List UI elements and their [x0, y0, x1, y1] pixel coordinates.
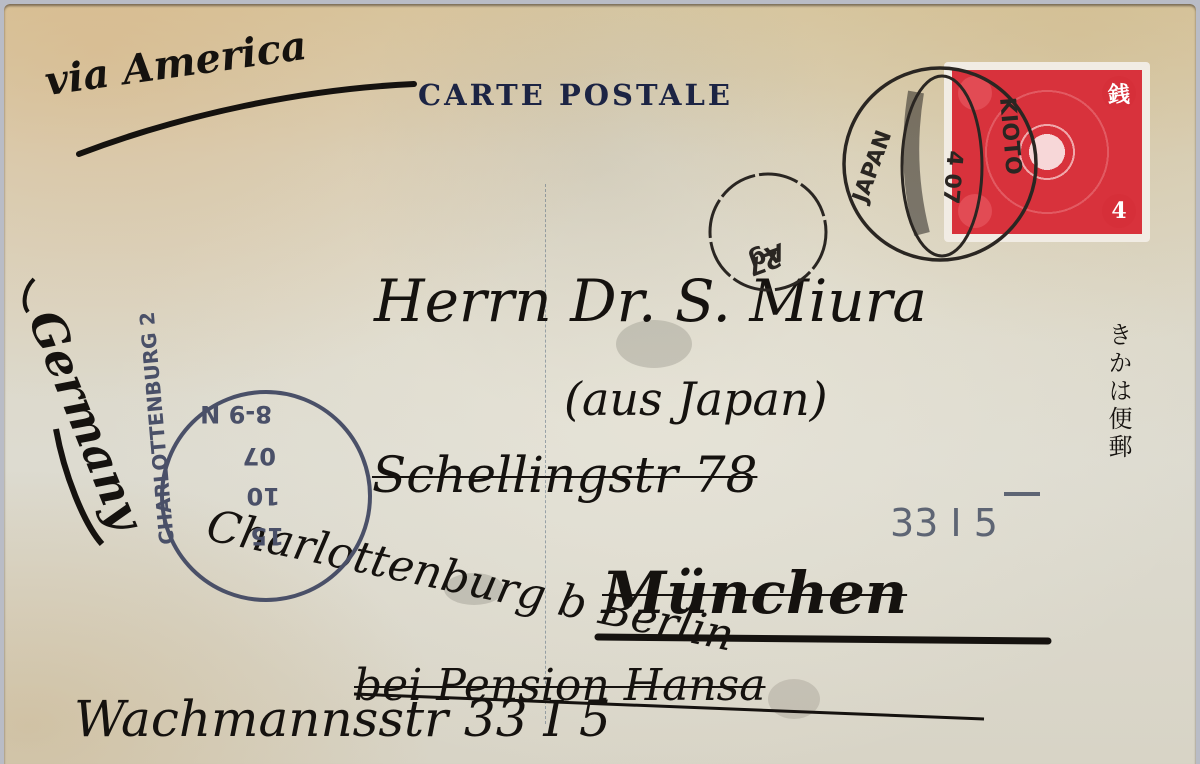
routing-underline	[79, 84, 414, 154]
charlottenburg-postmark: 8-9 N 07 10 15 CHARLOTTENBURG 2	[135, 311, 370, 600]
margin-stroke	[56, 429, 102, 544]
svg-text:07: 07	[243, 442, 276, 470]
arrival-postmark: Ag 27	[710, 174, 826, 290]
svg-text:10: 10	[247, 482, 280, 510]
ink-smudge	[768, 679, 820, 719]
svg-text:15: 15	[251, 522, 284, 550]
ink-smudge	[444, 573, 504, 605]
svg-text:8-9 N: 8-9 N	[200, 400, 272, 428]
old-city-underline	[598, 637, 1048, 641]
lodging-strikethrough	[354, 694, 984, 719]
ink-smudge	[616, 320, 692, 368]
margin-stroke	[25, 279, 34, 312]
kyoto-postmark-city: KIOTO	[994, 96, 1026, 176]
kyoto-postmark-country: JAPAN	[847, 127, 897, 208]
postcard: CARTE POSTALE via America Germany Herrn …	[4, 4, 1196, 764]
svg-text:CHARLOTTENBURG 2: CHARLOTTENBURG 2	[135, 311, 179, 546]
ink-overlay: JAPAN KIOTO 4 07 Ag 27 8-9 N 07 10 15 CH…	[4, 4, 1196, 764]
kyoto-postmark-date: 4 07	[937, 149, 967, 205]
